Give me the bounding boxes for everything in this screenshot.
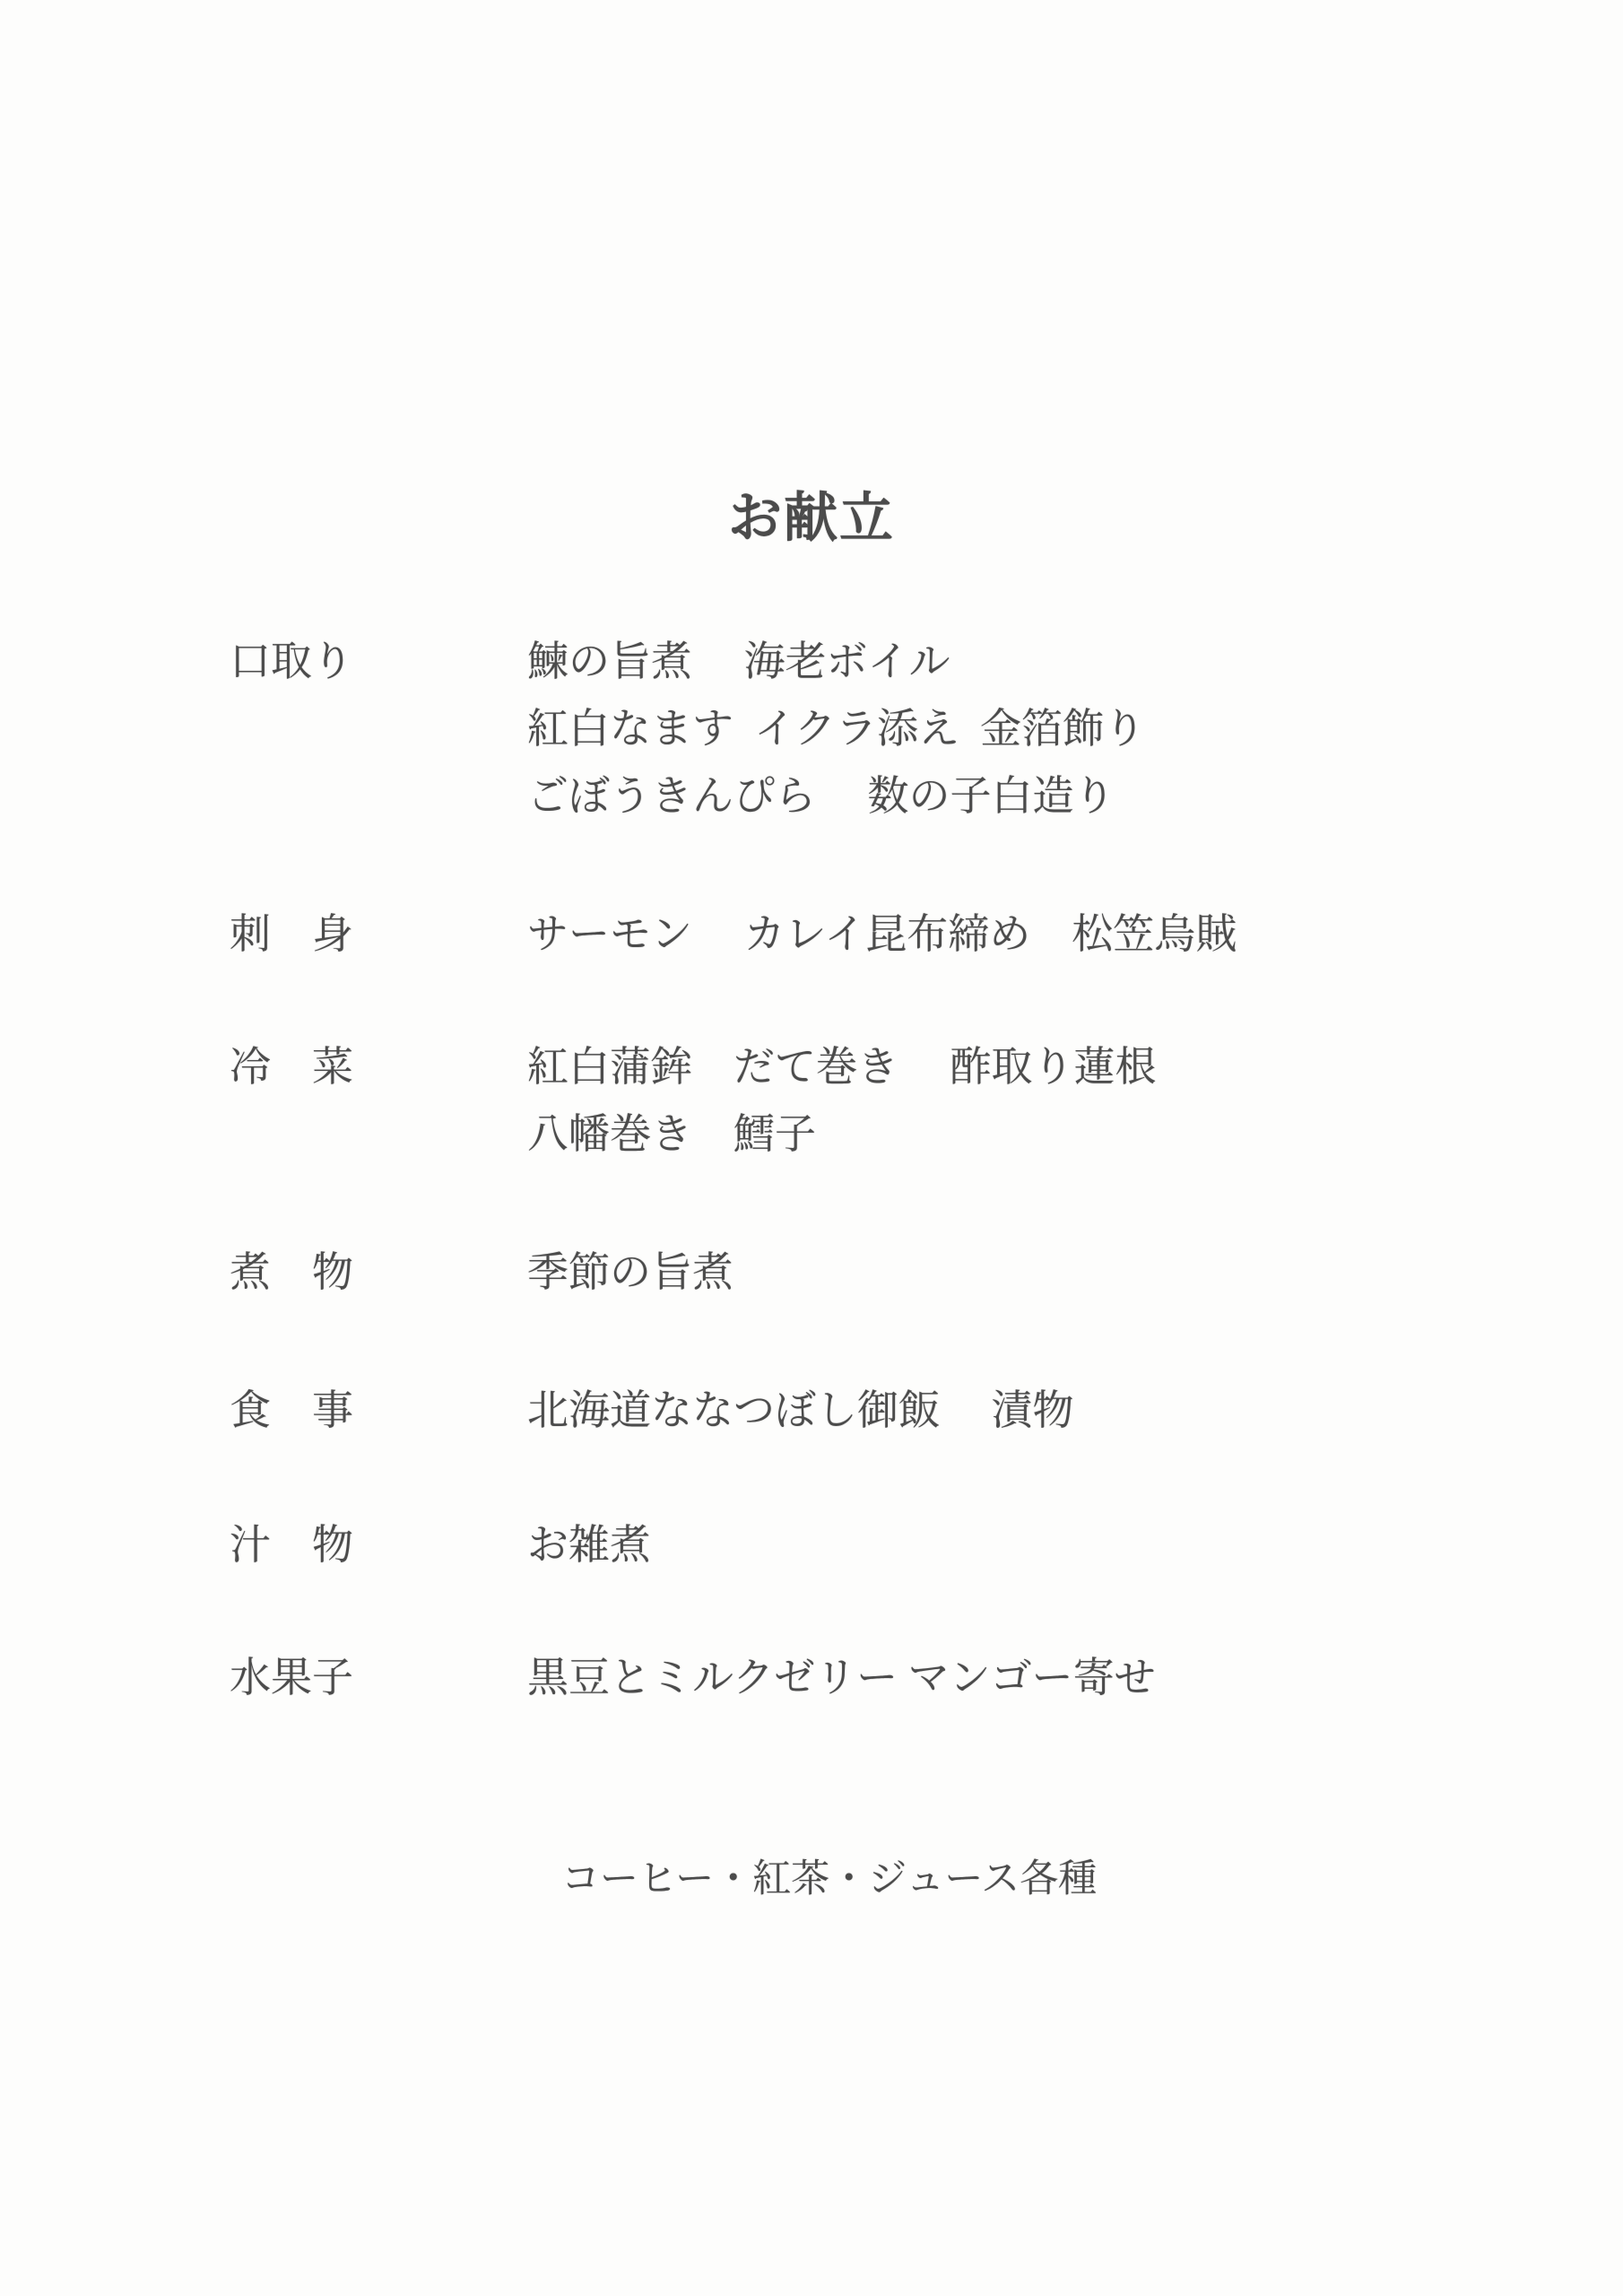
menu-item-line: サーモン カレイ昆布締め 松笠烏賊 [527,900,1237,968]
menu-item-line: 北海道ななつぼし御飯 漬物 [527,1377,1074,1444]
section-items: 季節の旨煮 [527,1239,733,1306]
section-label: 食 事 [230,1377,353,1444]
menu-item-line: お雑煮 [527,1511,651,1578]
menu-item-line: 八幡巻き 鱈子 [527,1100,1157,1168]
section-label: 冷 菜 [230,1033,353,1100]
section-items: サーモン カレイ昆布締め 松笠烏賊 [527,900,1237,968]
section-label: 口取り [230,628,353,695]
section-items: 北海道ななつぼし御飯 漬物 [527,1377,1074,1444]
section-label: 汁 物 [230,1511,353,1578]
section-label: 刺 身 [230,900,353,968]
menu-item-line: 黒豆とミルクゼリー マンゴー寄せ [527,1644,1156,1711]
menu-item-line: 紅白なます イクラ添え 金箔飾り [527,695,1145,762]
menu-item-line: 鰊の旨煮 海老ボイル [527,628,1145,695]
drinks-note: コーヒー・紅茶・ジュース各種 [561,1857,1097,1903]
section-items: 鰊の旨煮 海老ボイル 紅白なます イクラ添え 金箔飾り ごぼうきんぴら 数の子白… [527,628,1145,830]
menu-item-line: ごぼうきんぴら 数の子白造り [527,762,1145,830]
section-label: 煮 物 [230,1239,353,1306]
menu-item-line: 紅白蒲鉾 だて巻き 酢取り蓮根 [527,1033,1157,1100]
section-items: お雑煮 [527,1511,651,1578]
section-label: 水果子 [230,1644,353,1711]
section-items: 黒豆とミルクゼリー マンゴー寄せ [527,1644,1156,1711]
section-items: 紅白蒲鉾 だて巻き 酢取り蓮根 八幡巻き 鱈子 [527,1033,1157,1168]
menu-scan-page: お献立 口取り 鰊の旨煮 海老ボイル 紅白なます イクラ添え 金箔飾り ごぼうき… [0,0,1623,2296]
menu-item-line: 季節の旨煮 [527,1239,733,1306]
page-title: お献立 [0,491,1623,545]
